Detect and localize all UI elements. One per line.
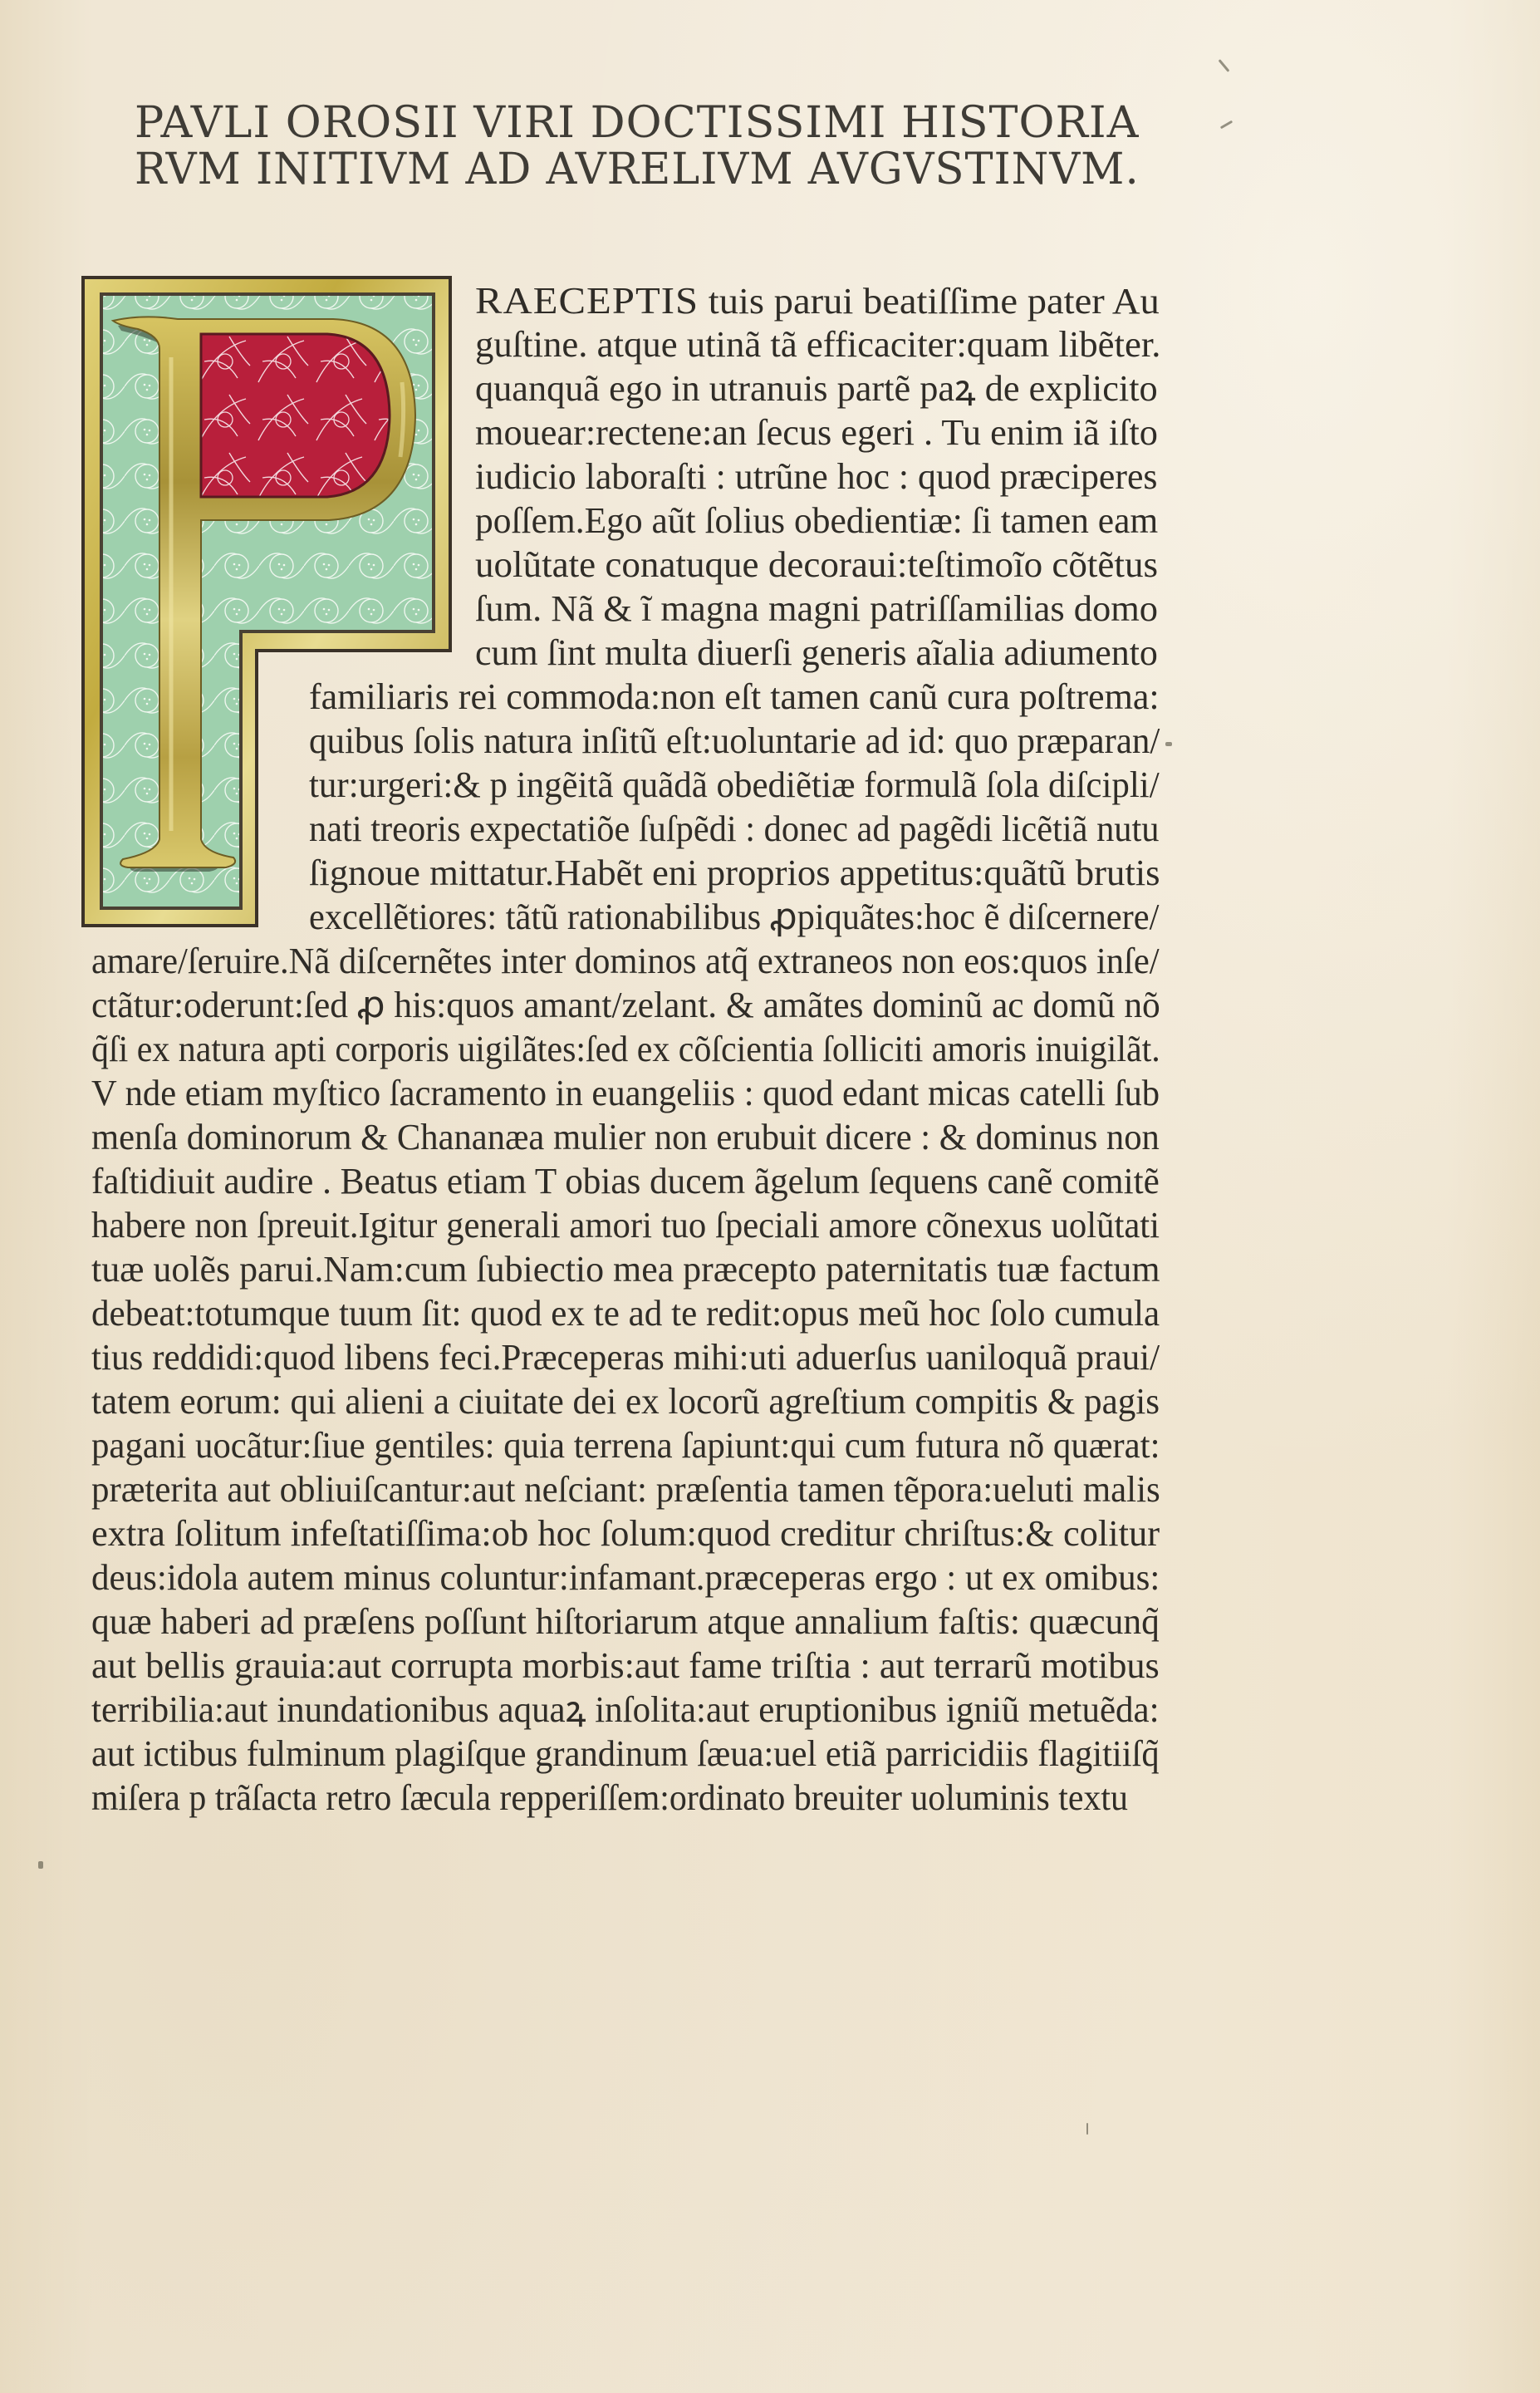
text-line-22: habere non ſpreuit.Igitur generali amori… (91, 1204, 1160, 1247)
text-line-3: quanquã ego in utranuis partẽ paꝝ de exp… (475, 367, 1158, 410)
text-line-25: tius reddidi:quod libens feci.Præceperas… (91, 1336, 1160, 1379)
paper-speck (38, 1861, 43, 1869)
paper-speck (1086, 2123, 1088, 2135)
text-line-16: amare/ſeruire.Nã diſcernẽtes inter domin… (91, 940, 1160, 983)
text-line-9: cum ſint multa diuerſi generis aĩalia ad… (475, 631, 1158, 675)
text-line-21: faſtidiuit audire . Beatus etiam T obias… (91, 1160, 1160, 1203)
text-line-18: q̃ſi ex natura apti corporis uigilãtes:ſ… (91, 1028, 1160, 1071)
text-line-28: præterita aut obliuiſcantur:aut neſciant… (91, 1468, 1160, 1511)
text-line-23: tuæ uolẽs parui.Nam:cum ſubiectio mea pr… (91, 1248, 1160, 1291)
text-line-34: aut ictibus fulminum plagiſque grandinum… (91, 1732, 1160, 1776)
text-line-29: extra ſolitum infeſtatiſſima:ob hoc ſolu… (91, 1512, 1160, 1555)
text-line-10: familiaris rei commoda:non eſt tamen can… (309, 676, 1160, 719)
page-title-line-1: PAVLI OROSII VIRI DOCTISSIMI HISTORIA (135, 98, 1139, 148)
text-line-5: iudicio laboraſti : utrũne hoc : quod pr… (475, 455, 1157, 499)
text-line-27: pagani uocãtur:ſiue gentiles: quia terre… (91, 1424, 1160, 1467)
text-line-20: menſa dominorum & Chananæa mulier non er… (91, 1116, 1160, 1159)
paper-speck (1165, 742, 1172, 746)
text-line-7: uolũtate conatuque decoraui:teſtimoĩo cõ… (475, 543, 1158, 587)
text-line-15: excellẽtiores: tãtũ rationabilibus ꝓpiqu… (309, 896, 1159, 939)
text-line-2: guſtine. atque utinã tã efficaciter:quam… (475, 323, 1160, 366)
text-line-32: aut bellis grauia:aut corrupta morbis:au… (91, 1644, 1160, 1688)
text-line-17: ctãtur:oderunt:ſed ꝓ his:quos amant/zela… (91, 984, 1160, 1027)
text-line-33: terribilia:aut inundationibus aquaꝝ inſo… (91, 1688, 1160, 1732)
paper-speck (1219, 59, 1230, 72)
text-line-1: RAECEPTIS tuis parui beatiſſime pater Au (475, 279, 1160, 322)
text-line-26: tatem eorum: qui alieni a ciuitate dei e… (91, 1380, 1160, 1423)
text-line-14: ſignoue mittatur.Habẽt eni proprios appe… (309, 852, 1160, 895)
text-line-24: debeat:totumque tuum ſit: quod ex te ad … (91, 1292, 1160, 1335)
text-line-19: V nde etiam myſtico ſacramento in euange… (91, 1072, 1160, 1115)
book-page: PAVLI OROSII VIRI DOCTISSIMI HISTORIA RV… (0, 0, 1540, 2393)
text-line-30: deus:idola autem minus coluntur:infamant… (91, 1556, 1160, 1599)
text-line-35: miſera p trãſacta retro ſæcula repperiſſ… (91, 1776, 1128, 1820)
text-line-4: mouear:rectene:an ſecus egeri . Tu enim … (475, 411, 1158, 455)
text-line-6: poſſem.Ego aũt ſolius obedientiæ: ſi tam… (475, 499, 1158, 543)
paper-speck (1220, 120, 1233, 130)
text-line-12: tur:urgeri:& p ingẽitã quãdã obediẽtiæ f… (309, 764, 1160, 807)
opening-word: RAECEPTIS (475, 279, 699, 322)
page-title-line-2: RVM INITIVM AD AVRELIVM AVGVSTINVM. (135, 145, 1140, 194)
text-line-1-rest: tuis parui beatiſſime pater Au (709, 280, 1160, 323)
text-line-13: nati treoris expectatiõe ſuſpẽdi : donec… (309, 808, 1159, 851)
text-line-11: quibus ſolis natura inſitũ eſt:uoluntari… (309, 720, 1160, 763)
text-line-31: quæ haberi ad præſens poſſunt hiſtoriaru… (91, 1600, 1160, 1644)
text-line-8: ſum. Nã & ĩ magna magni patriſſamilias d… (475, 587, 1158, 631)
